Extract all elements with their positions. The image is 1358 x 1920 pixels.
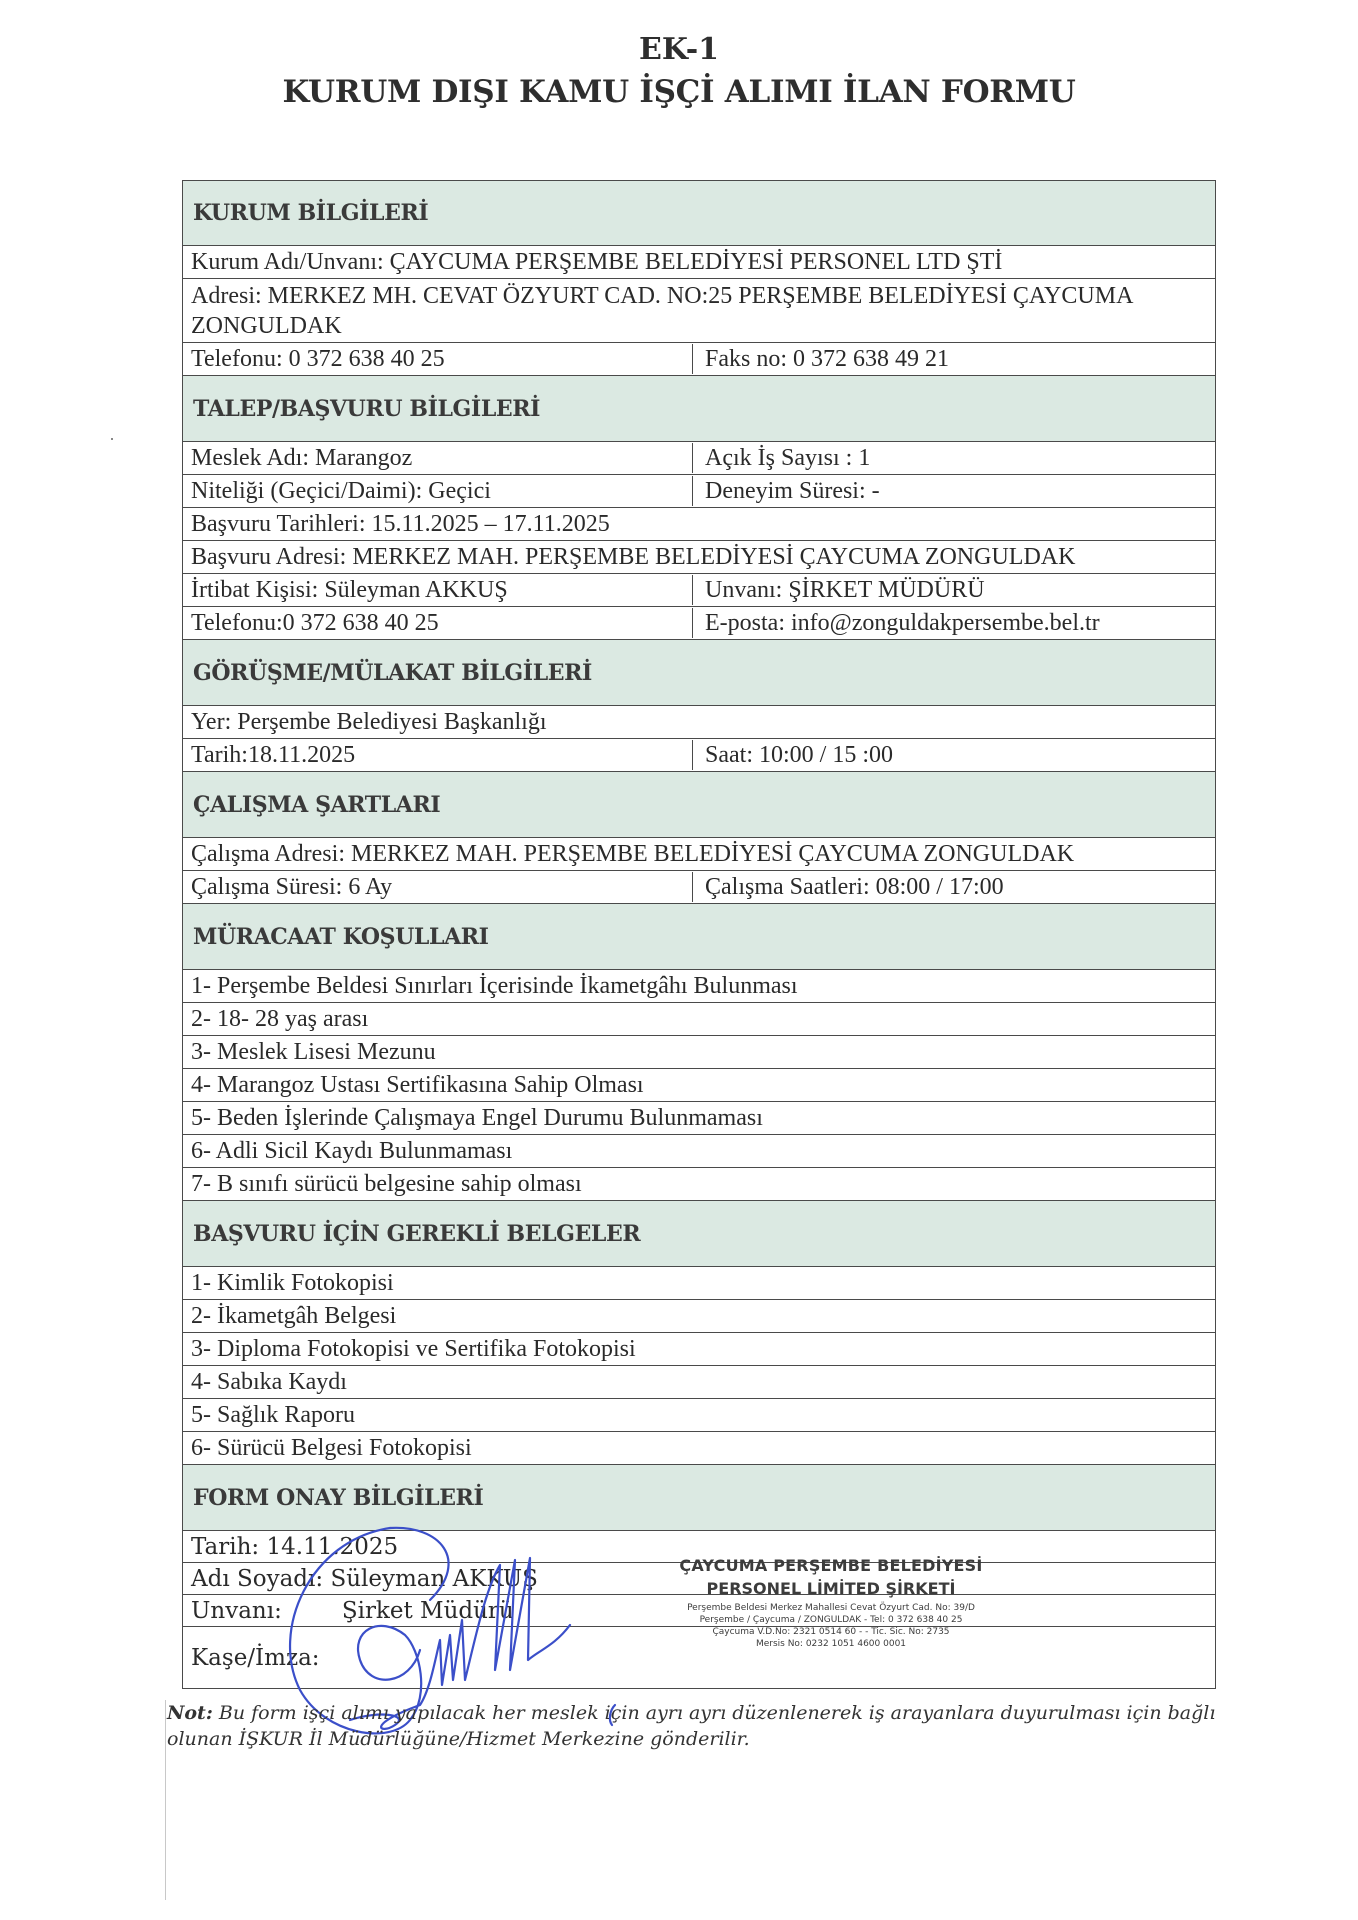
field-institution-address: Adresi: MERKEZ MH. CEVAT ÖZYURT CAD. NO:… (182, 279, 1216, 343)
section-header-onay: FORM ONAY BİLGİLERİ (182, 1465, 1216, 1531)
list-item-document: 2- İkametgâh Belgesi (182, 1300, 1216, 1333)
field-interview-datetime: Tarih:18.11.2025 Saat: 10:00 / 15 :00 (182, 739, 1216, 772)
list-item-document: 1- Kimlik Fotokopisi (182, 1267, 1216, 1300)
list-item-document: 3- Diploma Fotokopisi ve Sertifika Fotok… (182, 1333, 1216, 1366)
field-application-dates: Başvuru Tarihleri: 15.11.2025 – 17.11.20… (182, 508, 1216, 541)
section-header-calisma: ÇALIŞMA ŞARTLARI (182, 772, 1216, 838)
stamp-line-4: Perşembe / Çaycuma / ZONGULDAK - Tel: 0 … (636, 1614, 1026, 1626)
field-contact-phone: Telefonu:0 372 638 40 25 (183, 608, 693, 638)
approval-title-label: Unvanı: (191, 1598, 282, 1624)
field-contact-title: Unvanı: ŞİRKET MÜDÜRÜ (693, 575, 1215, 605)
field-profession-row: Meslek Adı: Marangoz Açık İş Sayısı : 1 (182, 442, 1216, 475)
field-open-jobs: Açık İş Sayısı : 1 (693, 443, 1215, 473)
field-work-terms: Çalışma Süresi: 6 Ay Çalışma Saatleri: 0… (182, 871, 1216, 904)
field-phone: Telefonu: 0 372 638 40 25 (183, 344, 693, 374)
list-item-condition: 6- Adli Sicil Kaydı Bulunmaması (182, 1135, 1216, 1168)
field-work-hours: Çalışma Saatleri: 08:00 / 17:00 (693, 872, 1215, 902)
section-header-gorusme: GÖRÜŞME/MÜLAKAT BİLGİLERİ (182, 640, 1216, 706)
field-experience: Deneyim Süresi: - (693, 476, 1215, 506)
approval-title-value: Şirket Müdürü (342, 1598, 514, 1624)
section-header-belgeler: BAŞVURU İÇİN GEREKLİ BELGELER (182, 1201, 1216, 1267)
company-stamp: ÇAYCUMA PERŞEMBE BELEDİYESİ PERSONEL LİM… (636, 1556, 1026, 1650)
note-label: Not: (167, 1702, 213, 1724)
section-header-muracaat: MÜRACAAT KOŞULLARI (182, 904, 1216, 970)
field-nature: Niteliği (Geçici/Daimi): Geçici (183, 476, 693, 506)
stamp-line-3: Perşembe Beldesi Merkez Mahallesi Cevat … (636, 1602, 1026, 1614)
field-interview-time: Saat: 10:00 / 15 :00 (693, 740, 1215, 770)
list-item-document: 6- Sürücü Belgesi Fotokopisi (182, 1432, 1216, 1465)
list-item-condition: 1- Perşembe Beldesi Sınırları İçerisinde… (182, 970, 1216, 1003)
field-contact-row: İrtibat Kişisi: Süleyman AKKUŞ Unvanı: Ş… (182, 574, 1216, 607)
field-email: E-posta: info@zonguldakpersembe.bel.tr (693, 608, 1215, 638)
stamp-line-1: ÇAYCUMA PERŞEMBE BELEDİYESİ (636, 1556, 1026, 1575)
stamp-line-2: PERSONEL LİMİTED ŞİRKETİ (636, 1579, 1026, 1598)
list-item-condition: 2- 18- 28 yaş arası (182, 1003, 1216, 1036)
field-profession: Meslek Adı: Marangoz (183, 443, 693, 473)
list-item-condition: 3- Meslek Lisesi Mezunu (182, 1036, 1216, 1069)
announcement-form: KURUM BİLGİLERİ Kurum Adı/Unvanı: ÇAYCUM… (182, 180, 1216, 1689)
margin-line (165, 1700, 166, 1900)
footer-note: Not: Bu form işçi alımı yapılacak her me… (167, 1700, 1227, 1752)
field-interview-place: Yer: Perşembe Belediyesi Başkanlığı (182, 706, 1216, 739)
field-phone-fax: Telefonu: 0 372 638 40 25 Faks no: 0 372… (182, 343, 1216, 376)
scan-speck (111, 438, 113, 440)
field-contact-person: İrtibat Kişisi: Süleyman AKKUŞ (183, 575, 693, 605)
field-application-address: Başvuru Adresi: MERKEZ MAH. PERŞEMBE BEL… (182, 541, 1216, 574)
list-item-condition: 5- Beden İşlerinde Çalışmaya Engel Durum… (182, 1102, 1216, 1135)
field-contact-phone-row: Telefonu:0 372 638 40 25 E-posta: info@z… (182, 607, 1216, 640)
list-item-document: 5- Sağlık Raporu (182, 1399, 1216, 1432)
section-header-kurum: KURUM BİLGİLERİ (182, 180, 1216, 246)
list-item-condition: 4- Marangoz Ustası Sertifikasına Sahip O… (182, 1069, 1216, 1102)
section-header-talep: TALEP/BAŞVURU BİLGİLERİ (182, 376, 1216, 442)
list-item-condition: 7- B sınıfı sürücü belgesine sahip olmas… (182, 1168, 1216, 1201)
note-text: Bu form işçi alımı yapılacak her meslek … (167, 1702, 1215, 1750)
field-work-address: Çalışma Adresi: MERKEZ MAH. PERŞEMBE BEL… (182, 838, 1216, 871)
field-nature-row: Niteliği (Geçici/Daimi): Geçici Deneyim … (182, 475, 1216, 508)
field-interview-date: Tarih:18.11.2025 (183, 740, 693, 770)
stamp-line-5: Çaycuma V.D.No: 2321 0514 60 - - Tic. Si… (636, 1626, 1026, 1638)
field-institution-name: Kurum Adı/Unvanı: ÇAYCUMA PERŞEMBE BELED… (182, 246, 1216, 279)
annex-label: EK-1 (0, 32, 1358, 67)
field-work-duration: Çalışma Süresi: 6 Ay (183, 872, 693, 902)
field-fax: Faks no: 0 372 638 49 21 (693, 344, 1215, 374)
page-title: KURUM DIŞI KAMU İŞÇİ ALIMI İLAN FORMU (0, 74, 1358, 110)
stamp-line-6: Mersis No: 0232 1051 4600 0001 (636, 1638, 1026, 1650)
list-item-document: 4- Sabıka Kaydı (182, 1366, 1216, 1399)
